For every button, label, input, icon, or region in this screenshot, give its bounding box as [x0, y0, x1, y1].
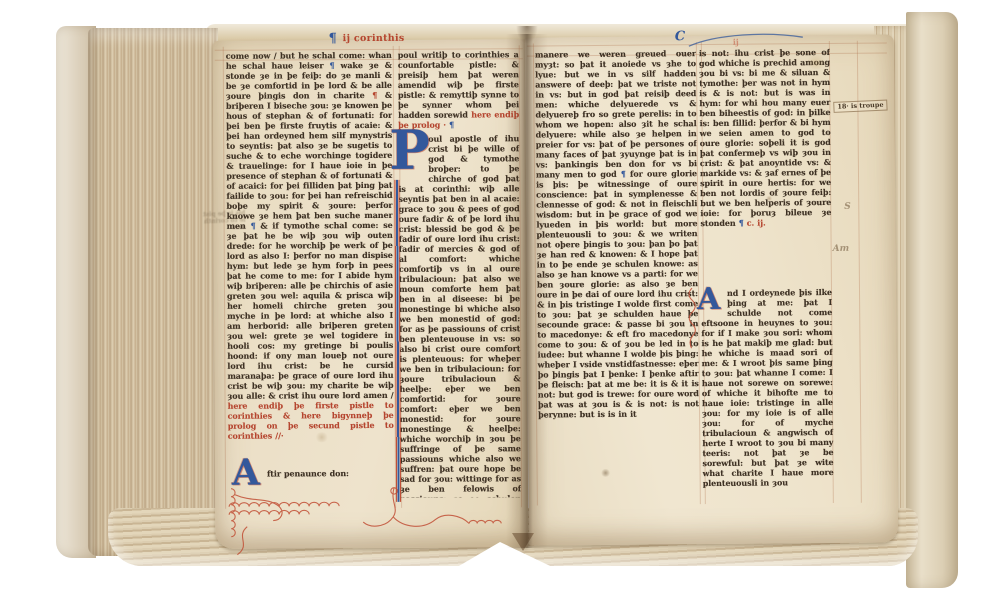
book-right-cover — [906, 12, 958, 588]
boxed-margin-note: 18· is troupe — [833, 100, 888, 113]
penwork-flourish-svg — [223, 485, 525, 562]
decorated-initial-P: P — [389, 126, 430, 174]
decorated-initial-A: A — [697, 286, 721, 313]
chapter-2-text: nd I ordeynede þis ilke þing at me: þat … — [701, 287, 834, 488]
manuscript-photo: ¶ ij corinthis þis is þe pist le to cori… — [0, 0, 993, 610]
chapter-1-end-text: is not: ihu crist þe sone of god whiche … — [699, 47, 832, 288]
epistle-opening-text: oul apostle of ihu crist bi þe wille of … — [398, 133, 521, 498]
right-page: C ij manere we weren greued ouer myȝt: s… — [525, 34, 898, 545]
margin-mark: Am — [833, 245, 850, 254]
parchment-stain — [315, 432, 329, 442]
epistle-opening-segments: oul apostle of ihu crist bi þe wille of … — [398, 133, 521, 498]
running-head-faint-numeral: ij — [733, 38, 739, 46]
right-column-2: is not: ihu crist þe sone of god whiche … — [699, 47, 834, 496]
initial-penwork-svg — [685, 286, 700, 350]
parchment-stain — [766, 195, 772, 201]
running-head-ornament-icon: C — [675, 30, 685, 43]
parchment-stain — [601, 469, 611, 477]
left-page: ¶ ij corinthis þis is þe pist le to cori… — [213, 39, 529, 549]
left-page-stack-edge — [88, 28, 218, 556]
decorated-initial-A: A — [232, 457, 260, 489]
margin-mark: S — [844, 203, 851, 212]
running-head-ornament-icon: ¶ — [329, 32, 337, 45]
left-column-1-text: come now / but he schal come: whan he sc… — [226, 50, 394, 469]
chapter-2-segments: nd I ordeynede þis ilke þing at me: þat … — [701, 287, 833, 488]
gutter-shadow-top — [516, 26, 538, 44]
left-column-1-last-line: ftir penaunce don: — [267, 468, 391, 481]
left-column-2: poul writiþ to corinthies a counfortable… — [398, 49, 521, 498]
right-column-1-text: manere we weren greued ouer myȝt: so þat… — [535, 48, 700, 497]
parchment-stain — [805, 55, 827, 69]
running-head: ij corinthis — [343, 34, 405, 44]
